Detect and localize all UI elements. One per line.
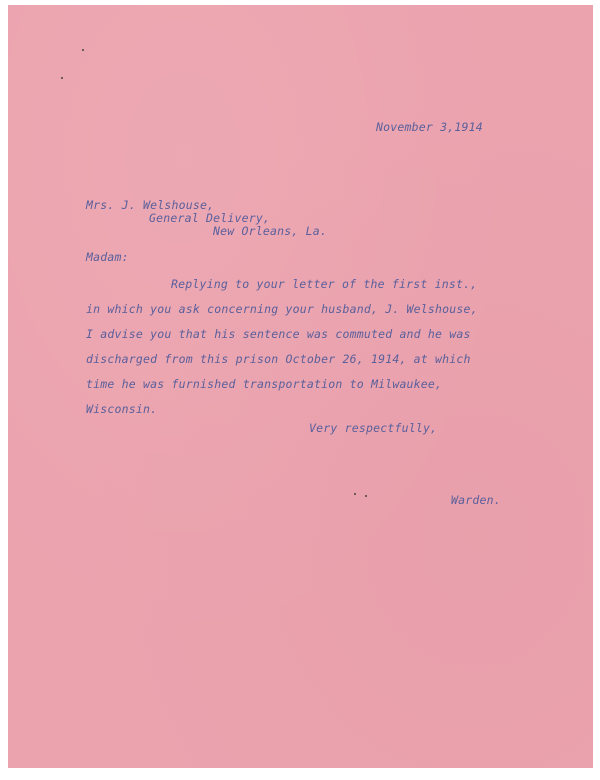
letter-sheet: November 3,1914 Mrs. J. Welshouse, Gener… — [8, 5, 593, 768]
paper-speck — [61, 77, 63, 79]
body-line: in which you ask concerning your husband… — [86, 302, 478, 316]
body-line: Replying to your letter of the first ins… — [171, 277, 477, 291]
recipient-name: Mrs. J. Welshouse, — [86, 198, 214, 212]
salutation: Madam: — [86, 250, 129, 264]
recipient-address-line-2: General Delivery, — [149, 211, 270, 225]
paper-speck — [365, 495, 367, 497]
letter-date: November 3,1914 — [376, 120, 483, 134]
paper-speck — [82, 49, 84, 51]
body-line: time he was furnished transportation to … — [86, 377, 442, 391]
body-line: Wisconsin. — [86, 402, 157, 416]
signature: Warden. — [451, 493, 501, 507]
paper-speck — [354, 493, 356, 495]
closing: Very respectfully, — [309, 421, 437, 435]
body-line: discharged from this prison October 26, … — [86, 352, 471, 366]
recipient-address-line-3: New Orleans, La. — [213, 224, 327, 238]
body-line: I advise you that his sentence was commu… — [86, 327, 471, 341]
